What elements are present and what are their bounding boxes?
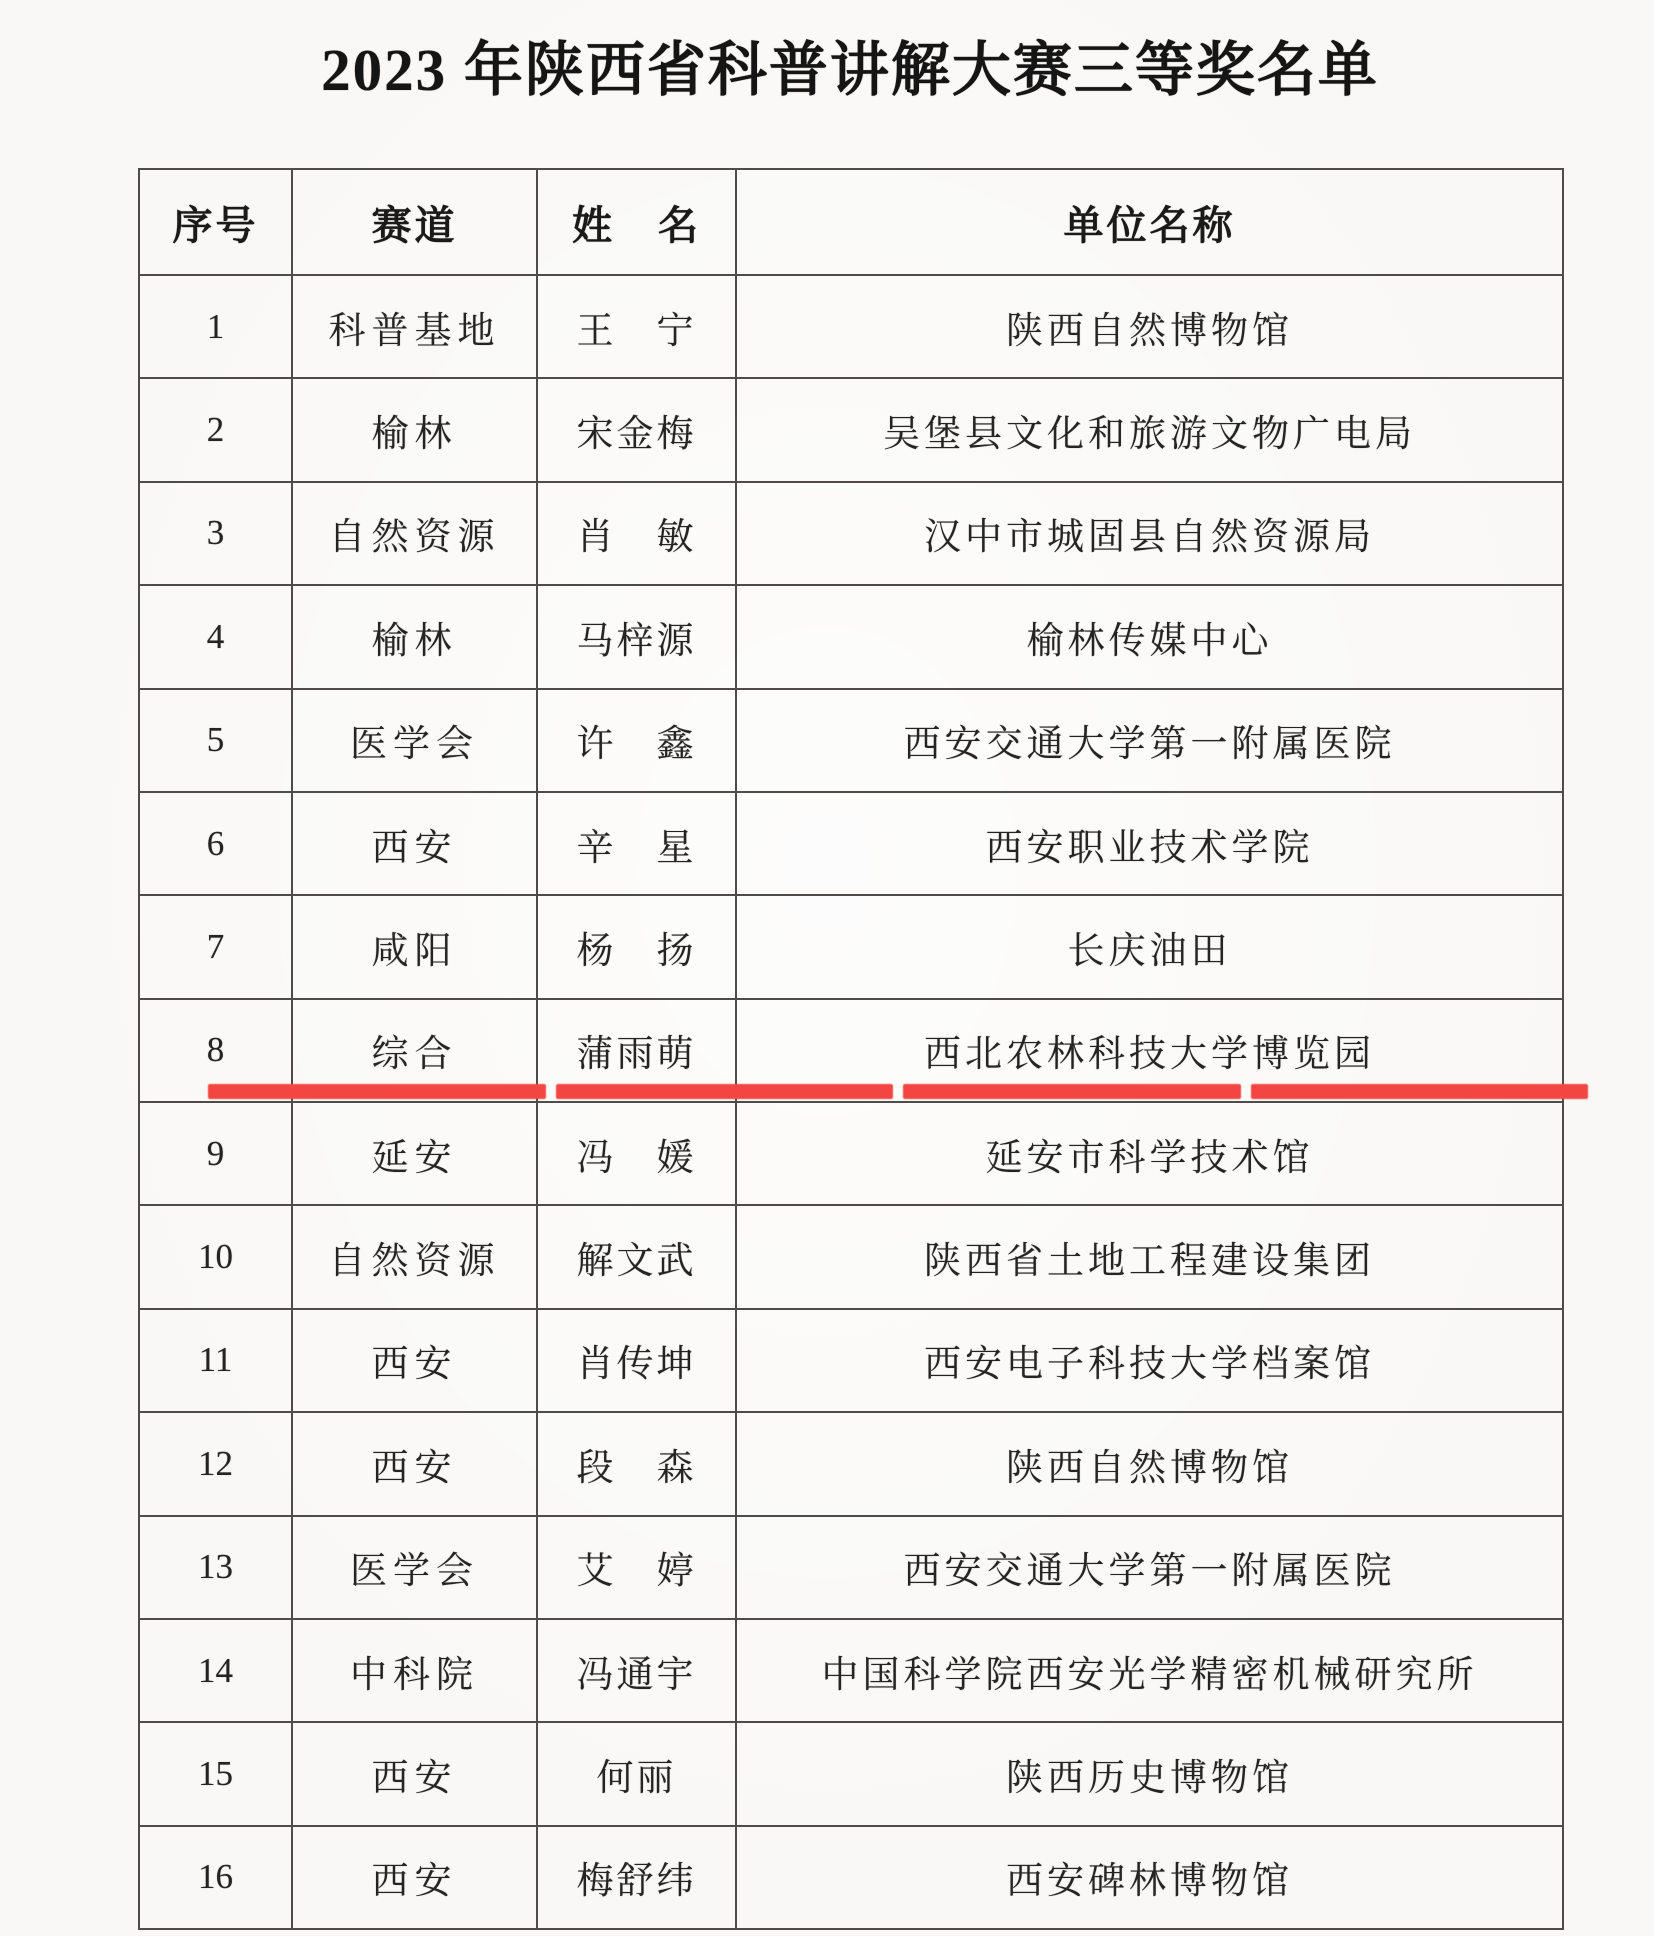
table-row: 10自然资源解文武陕西省土地工程建设集团 — [139, 1205, 1563, 1308]
table-row: 14中科院冯通宇中国科学院西安光学精密机械研究所 — [139, 1619, 1563, 1722]
name-cell: 辛 星 — [537, 792, 736, 895]
table-row: 1科普基地王 宁陕西自然博物馆 — [139, 275, 1563, 378]
table-row: 11西安肖传坤西安电子科技大学档案馆 — [139, 1309, 1563, 1412]
track-cell: 榆林 — [292, 378, 537, 481]
track-cell: 咸阳 — [292, 895, 537, 998]
unit-cell: 陕西历史博物馆 — [736, 1722, 1563, 1825]
track-cell: 延安 — [292, 1102, 537, 1205]
serial-number-cell: 2 — [139, 378, 292, 481]
header-track: 赛道 — [292, 169, 537, 275]
track-cell: 中科院 — [292, 1619, 537, 1722]
unit-cell: 陕西省土地工程建设集团 — [736, 1205, 1563, 1308]
serial-number-cell: 11 — [139, 1309, 292, 1412]
name-cell: 解文武 — [537, 1205, 736, 1308]
track-cell: 西安 — [292, 1722, 537, 1825]
name-cell: 梅舒纬 — [537, 1826, 736, 1929]
serial-number-cell: 15 — [139, 1722, 292, 1825]
track-cell: 西安 — [292, 1412, 537, 1515]
table-row: 16西安梅舒纬西安碑林博物馆 — [139, 1826, 1563, 1929]
unit-cell: 长庆油田 — [736, 895, 1563, 998]
table-body: 1科普基地王 宁陕西自然博物馆2榆林宋金梅吴堡县文化和旅游文物广电局3自然资源肖… — [139, 275, 1563, 1929]
unit-cell: 延安市科学技术馆 — [736, 1102, 1563, 1205]
unit-cell: 西安交通大学第一附属医院 — [736, 689, 1563, 792]
red-marker-segment — [1251, 1084, 1589, 1099]
header-unit-name: 单位名称 — [736, 169, 1563, 275]
unit-cell: 西安电子科技大学档案馆 — [736, 1309, 1563, 1412]
header-serial-number: 序号 — [139, 169, 292, 275]
serial-number-cell: 9 — [139, 1102, 292, 1205]
table-header: 序号 赛道 姓 名 单位名称 — [139, 169, 1563, 275]
name-cell: 何丽 — [537, 1722, 736, 1825]
name-cell: 肖传坤 — [537, 1309, 736, 1412]
serial-number-cell: 12 — [139, 1412, 292, 1515]
page-title: 2023 年陕西省科普讲解大赛三等奖名单 — [138, 22, 1562, 107]
scanned-document-page: 2023 年陕西省科普讲解大赛三等奖名单 序号 赛道 姓 名 单位名称 1科普基… — [0, 0, 1654, 1936]
track-cell: 西安 — [292, 1309, 537, 1412]
track-cell: 西安 — [292, 1826, 537, 1929]
table-row: 2榆林宋金梅吴堡县文化和旅游文物广电局 — [139, 378, 1563, 481]
serial-number-cell: 3 — [139, 482, 292, 585]
unit-cell: 西安交通大学第一附属医院 — [736, 1516, 1563, 1619]
serial-number-cell: 6 — [139, 792, 292, 895]
serial-number-cell: 13 — [139, 1516, 292, 1619]
table-row: 15西安何丽陕西历史博物馆 — [139, 1722, 1563, 1825]
red-marker-segment — [556, 1084, 894, 1099]
red-marker-segment — [903, 1084, 1241, 1099]
track-cell: 自然资源 — [292, 1205, 537, 1308]
table-header-row: 序号 赛道 姓 名 单位名称 — [139, 169, 1563, 275]
serial-number-cell: 7 — [139, 895, 292, 998]
table-row: 7咸阳杨 扬长庆油田 — [139, 895, 1563, 998]
unit-cell: 西安职业技术学院 — [736, 792, 1563, 895]
name-cell: 冯 媛 — [537, 1102, 736, 1205]
unit-cell: 陕西自然博物馆 — [736, 1412, 1563, 1515]
unit-cell: 中国科学院西安光学精密机械研究所 — [736, 1619, 1563, 1722]
track-cell: 西安 — [292, 792, 537, 895]
unit-cell: 榆林传媒中心 — [736, 585, 1563, 688]
name-cell: 冯通宇 — [537, 1619, 736, 1722]
table-row: 3自然资源肖 敏汉中市城固县自然资源局 — [139, 482, 1563, 585]
name-cell: 肖 敏 — [537, 482, 736, 585]
name-cell: 许 鑫 — [537, 689, 736, 792]
award-table: 序号 赛道 姓 名 单位名称 1科普基地王 宁陕西自然博物馆2榆林宋金梅吴堡县文… — [138, 168, 1564, 1930]
red-marker-segment — [208, 1084, 546, 1099]
serial-number-cell: 16 — [139, 1826, 292, 1929]
table-row: 12西安段 森陕西自然博物馆 — [139, 1412, 1563, 1515]
name-cell: 马梓源 — [537, 585, 736, 688]
table-row: 5医学会许 鑫西安交通大学第一附属医院 — [139, 689, 1563, 792]
table-row: 13医学会艾 婷西安交通大学第一附属医院 — [139, 1516, 1563, 1619]
header-name: 姓 名 — [537, 169, 736, 275]
track-cell: 医学会 — [292, 1516, 537, 1619]
serial-number-cell: 1 — [139, 275, 292, 378]
name-cell: 杨 扬 — [537, 895, 736, 998]
red-marker-underline — [208, 1084, 1588, 1099]
unit-cell: 吴堡县文化和旅游文物广电局 — [736, 378, 1563, 481]
name-cell: 艾 婷 — [537, 1516, 736, 1619]
track-cell: 科普基地 — [292, 275, 537, 378]
name-cell: 宋金梅 — [537, 378, 736, 481]
serial-number-cell: 5 — [139, 689, 292, 792]
serial-number-cell: 4 — [139, 585, 292, 688]
track-cell: 医学会 — [292, 689, 537, 792]
table-row: 4榆林马梓源榆林传媒中心 — [139, 585, 1563, 688]
track-cell: 自然资源 — [292, 482, 537, 585]
name-cell: 段 森 — [537, 1412, 736, 1515]
track-cell: 榆林 — [292, 585, 537, 688]
unit-cell: 陕西自然博物馆 — [736, 275, 1563, 378]
name-cell: 王 宁 — [537, 275, 736, 378]
table-row: 9延安冯 媛延安市科学技术馆 — [139, 1102, 1563, 1205]
serial-number-cell: 10 — [139, 1205, 292, 1308]
unit-cell: 汉中市城固县自然资源局 — [736, 482, 1563, 585]
unit-cell: 西安碑林博物馆 — [736, 1826, 1563, 1929]
serial-number-cell: 14 — [139, 1619, 292, 1722]
table-row: 6西安辛 星西安职业技术学院 — [139, 792, 1563, 895]
